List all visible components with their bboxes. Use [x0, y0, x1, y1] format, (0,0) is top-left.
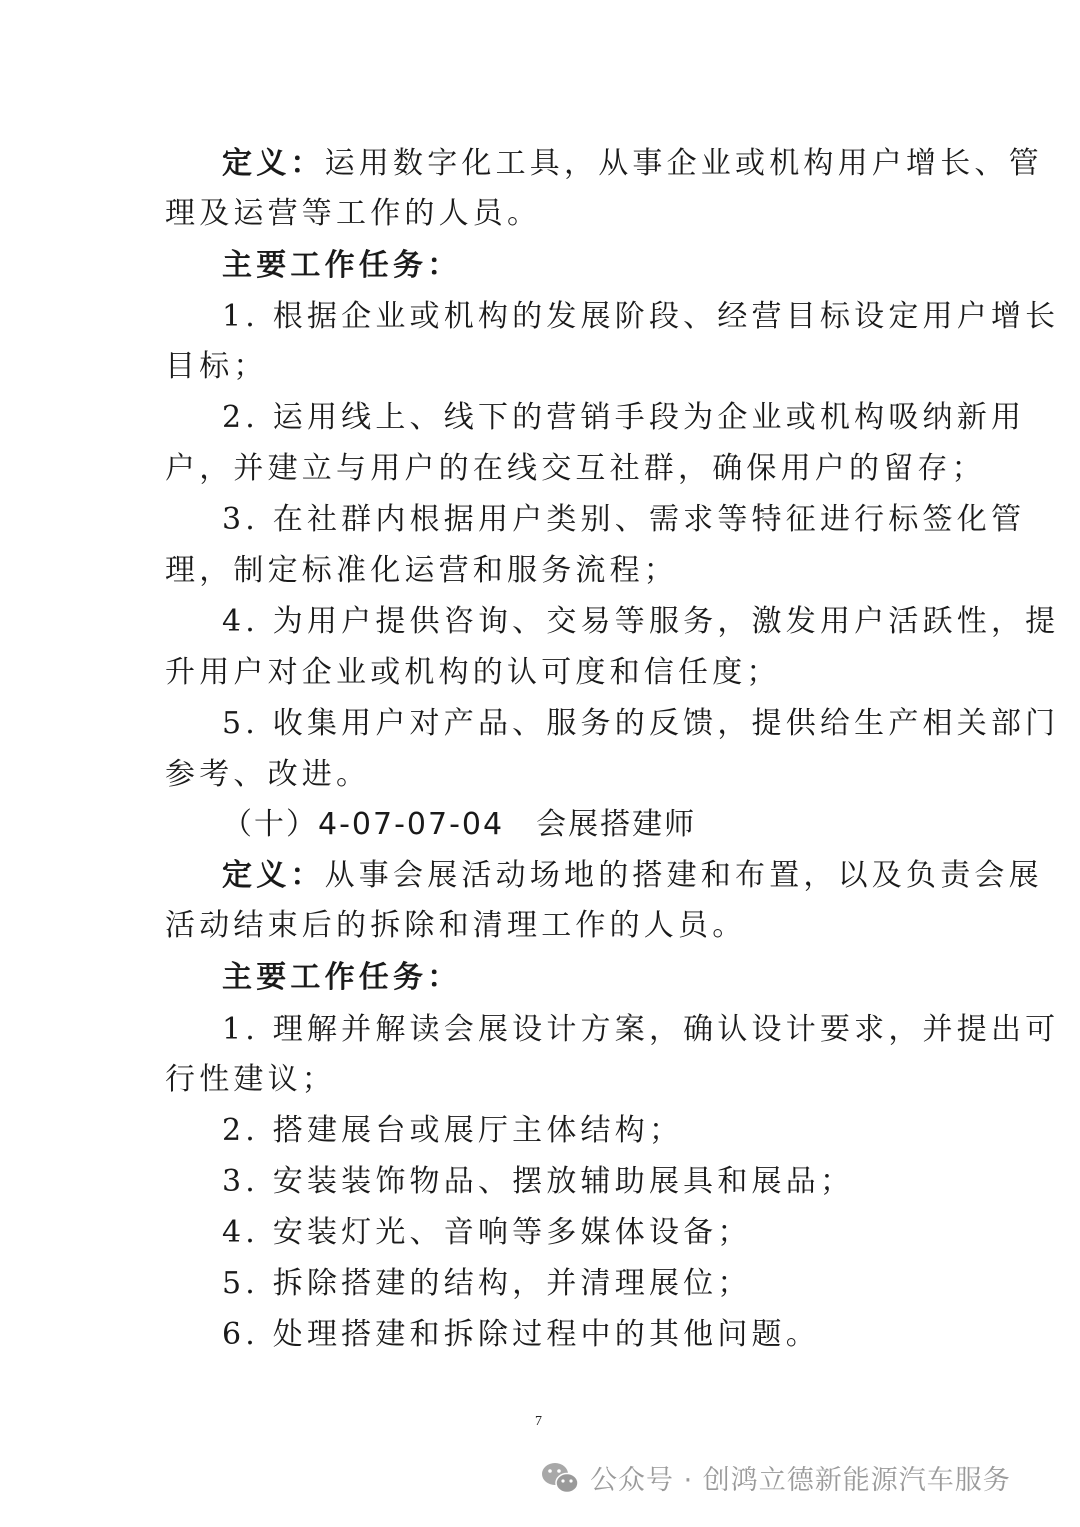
- task-item: 3. 在社群内根据用户类别、需求等特征进行标签化管: [222, 500, 1025, 540]
- definition-text: 从事会展活动场地的搭建和布置，以及负责会展: [325, 858, 1043, 893]
- definition-text: 运用数字化工具，从事企业或机构用户增长、管: [325, 146, 1043, 181]
- task-item: 6. 处理搭建和拆除过程中的其他问题。: [222, 1315, 820, 1355]
- task-item: 1. 根据企业或机构的发展阶段、经营目标设定用户增长: [222, 297, 1059, 337]
- task-item-continuation: 目标；: [165, 347, 268, 387]
- task-item: 3. 安装装饰物品、摆放辅助展具和展品；: [222, 1162, 854, 1202]
- page-number: 7: [535, 1414, 542, 1430]
- tasks-heading: 主要工作任务：: [222, 246, 461, 286]
- task-item-continuation: 升用户对企业或机构的认可度和信任度；: [165, 653, 781, 693]
- tasks-heading: 主要工作任务：: [222, 958, 461, 998]
- definition-label: 定义：: [222, 146, 325, 181]
- task-item: 5. 收集用户对产品、服务的反馈，提供给生产相关部门: [222, 704, 1059, 744]
- definition-continuation: 活动结束后的拆除和清理工作的人员。: [165, 906, 746, 946]
- document-page: 定义：运用数字化工具，从事企业或机构用户增长、管 理及运营等工作的人员。 主要工…: [0, 0, 1080, 1527]
- wechat-icon: [540, 1460, 580, 1496]
- task-item: 2. 搭建展台或展厅主体结构；: [222, 1111, 683, 1151]
- definition-paragraph: 定义：运用数字化工具，从事企业或机构用户增长、管: [222, 144, 1043, 184]
- definition-paragraph: 定义：从事会展活动场地的搭建和布置，以及负责会展: [222, 856, 1043, 896]
- task-item: 4. 为用户提供咨询、交易等服务，激发用户活跃性，提: [222, 602, 1059, 642]
- task-item-continuation: 行性建议；: [165, 1060, 336, 1100]
- task-item: 1. 理解并解读会展设计方案，确认设计要求，并提出可: [222, 1010, 1059, 1050]
- task-item-continuation: 户，并建立与用户的在线交互社群，确保用户的留存；: [165, 449, 986, 489]
- task-item-continuation: 理，制定标准化运营和服务流程；: [165, 551, 678, 591]
- task-item-continuation: 参考、改进。: [165, 755, 370, 795]
- task-item: 2. 运用线上、线下的营销手段为企业或机构吸纳新用: [222, 398, 1025, 438]
- task-item: 4. 安装灯光、音响等多媒体设备；: [222, 1213, 752, 1253]
- task-item: 5. 拆除搭建的结构，并清理展位；: [222, 1264, 752, 1304]
- watermark-text: 公众号 · 创鸿立德新能源汽车服务: [590, 1458, 1011, 1497]
- watermark: 公众号 · 创鸿立德新能源汽车服务: [540, 1458, 1011, 1497]
- definition-continuation: 理及运营等工作的人员。: [165, 194, 541, 234]
- section-heading: （十）4-07-07-04 会展搭建师: [222, 805, 696, 845]
- definition-label: 定义：: [222, 858, 325, 893]
